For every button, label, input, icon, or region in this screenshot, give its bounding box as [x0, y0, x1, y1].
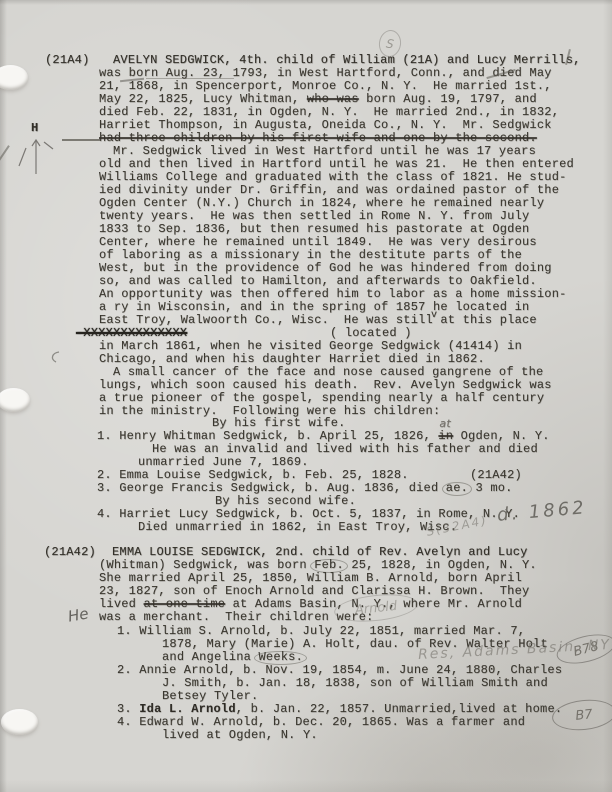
- pencil-note-death-date: d. 1862: [496, 497, 587, 526]
- child-item-cont: lived at Ogden, N. Y.: [162, 729, 318, 742]
- insertion-caret: v: [431, 309, 437, 322]
- pencil-correction-at: at: [439, 417, 451, 430]
- child-item-cont: Died unmarried in 1862, in East Troy, Wi…: [138, 521, 457, 534]
- punch-hole-bottom: [1, 709, 38, 735]
- document-page: (21A4) AVELYN SEDGWICK, 4th. child of Wi…: [0, 0, 612, 792]
- margin-slash-mark: [0, 145, 9, 161]
- typed-line: was a merchant. Their children were:: [99, 611, 374, 624]
- margin-arrow-marks: [16, 134, 60, 178]
- ink-strike-lead: [62, 139, 100, 141]
- punch-hole-top: [0, 65, 28, 90]
- ink-strike: who was: [307, 92, 359, 106]
- entry-id: (21A42): [44, 546, 96, 559]
- ink-strike: had three children by his first wife and…: [99, 131, 537, 145]
- entry-id: (21A4): [45, 54, 90, 67]
- pencil-circled-code-b78: B78: [554, 629, 612, 669]
- ink-underline: [146, 78, 234, 79]
- ink-strike: at one time: [144, 597, 226, 611]
- pencil-note-he: He: [67, 604, 90, 625]
- punch-hole-middle: [0, 388, 30, 412]
- ink-strike: in: [438, 429, 453, 443]
- margin-curl-mark: [48, 350, 62, 364]
